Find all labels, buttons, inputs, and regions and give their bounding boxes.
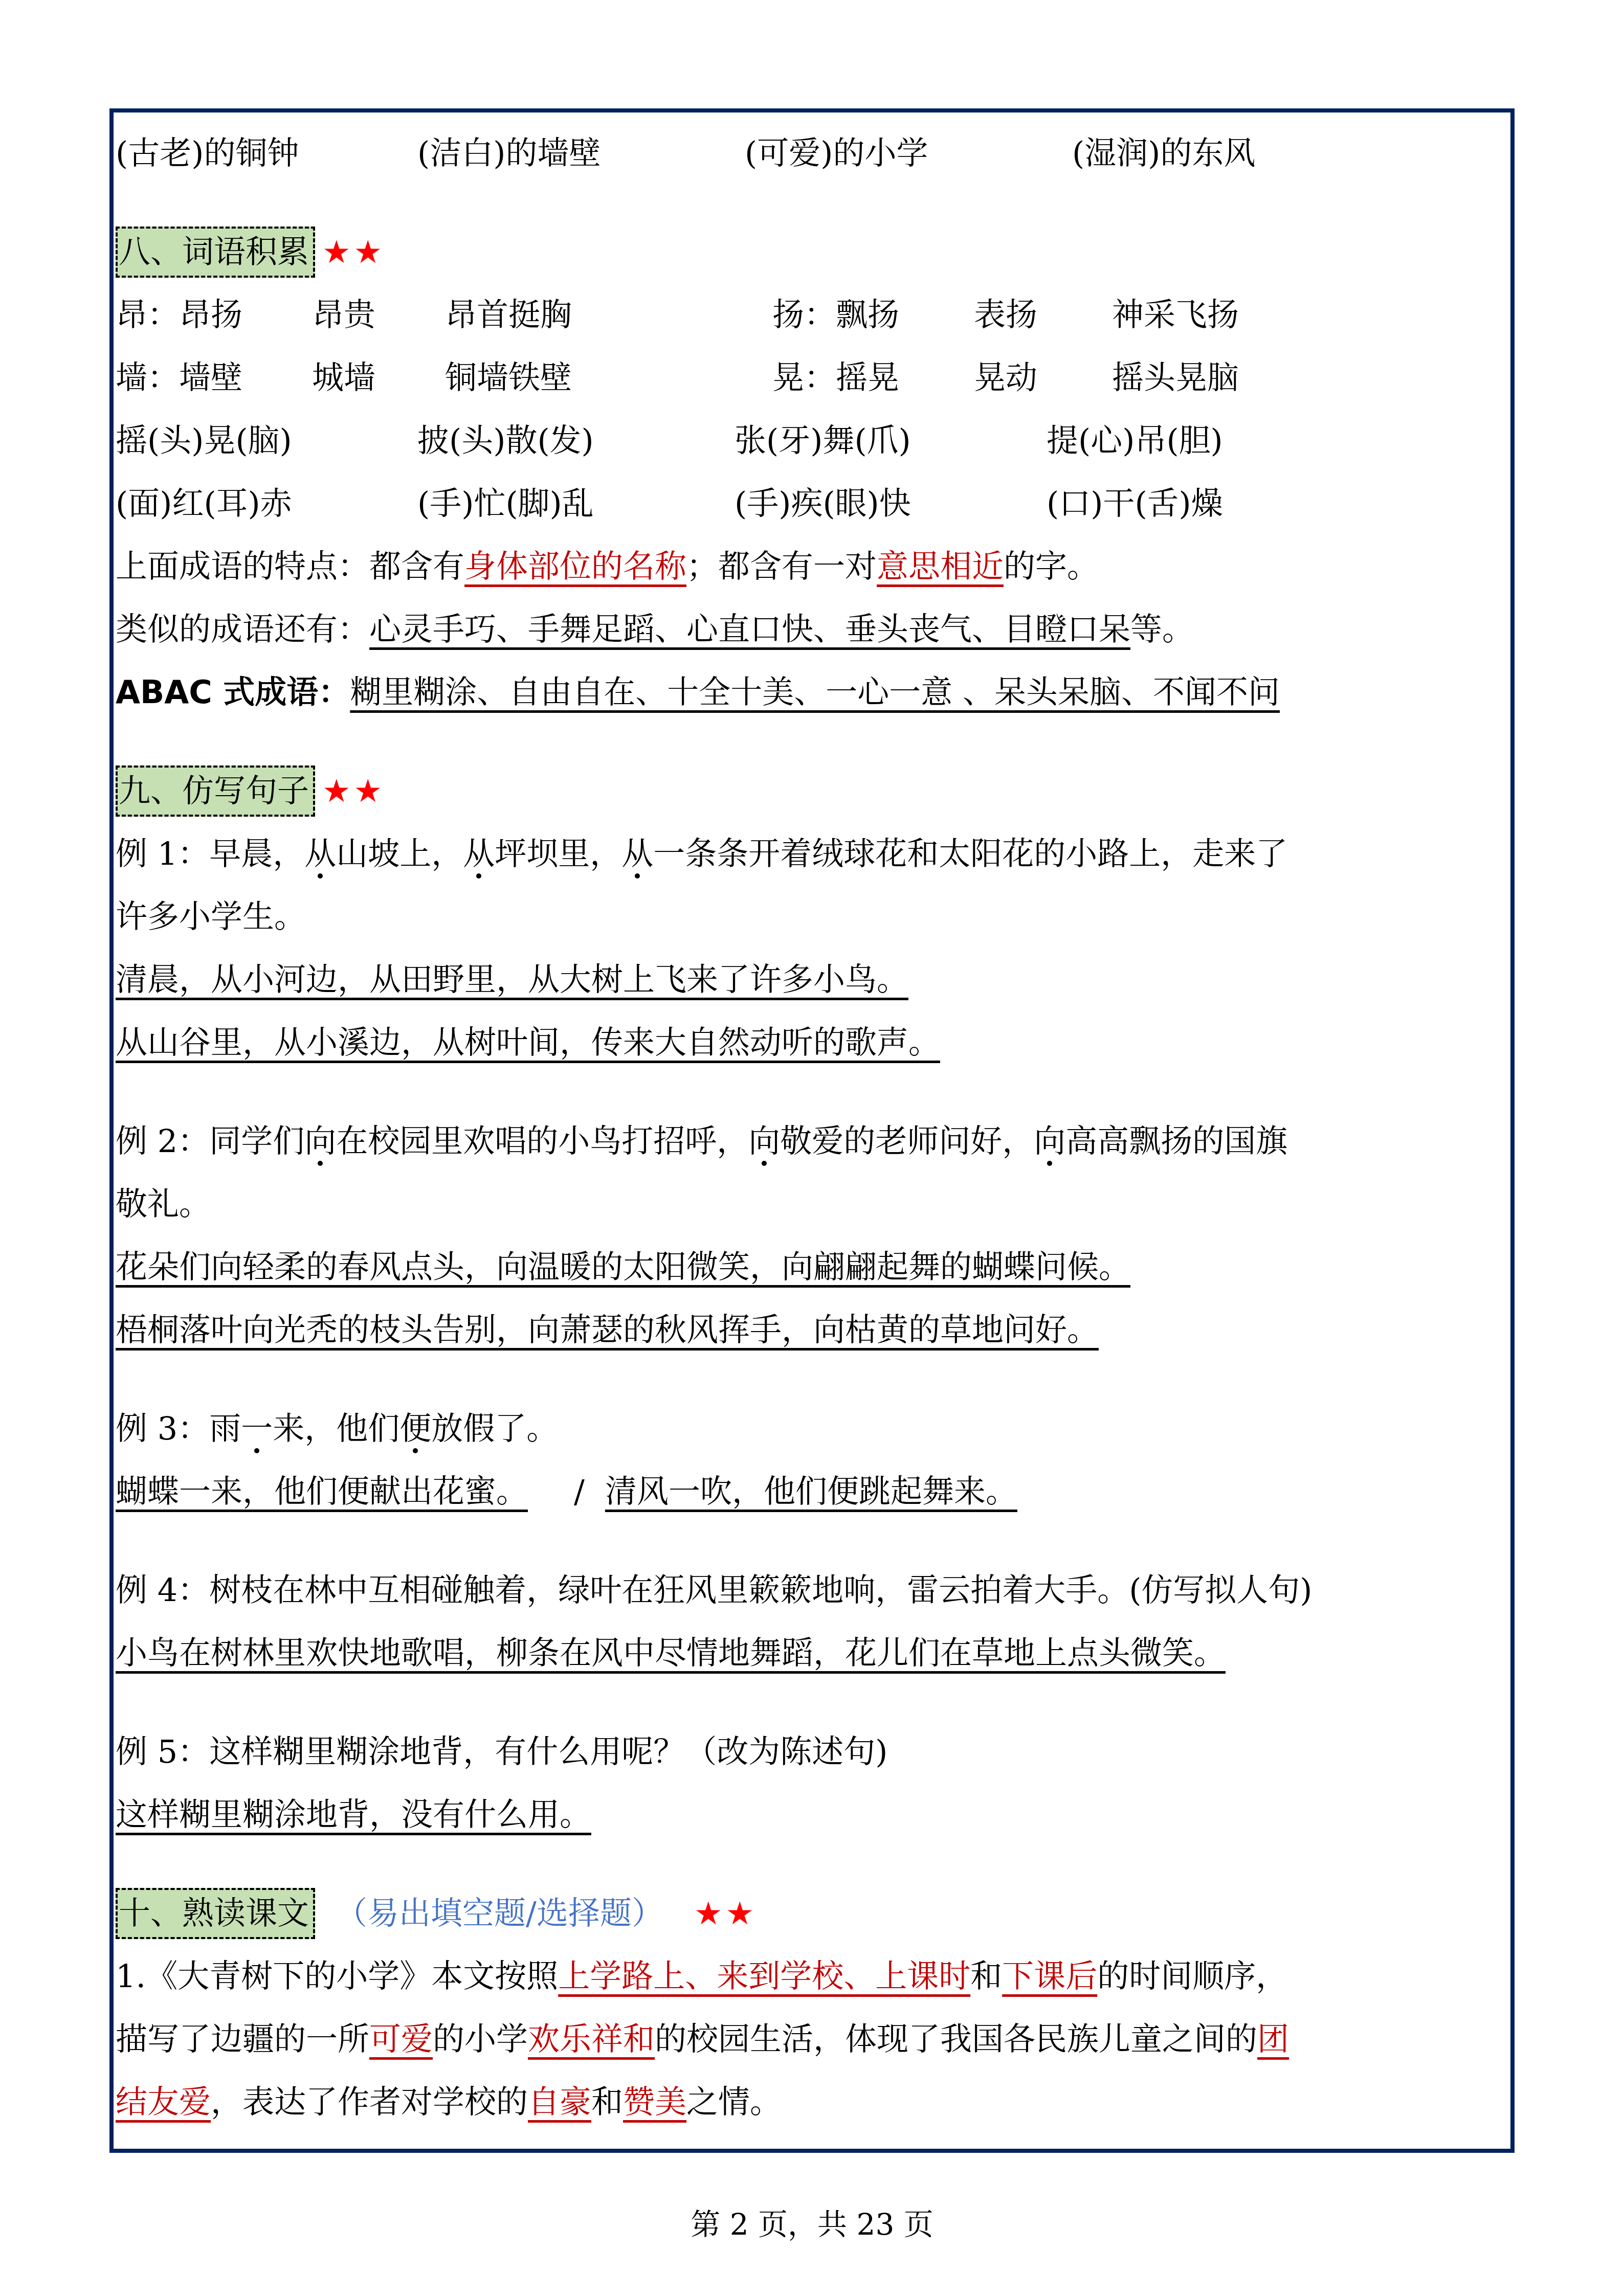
answer-text: 蝴蝶一来，他们便献出花蜜。 <box>116 1473 528 1510</box>
text: 例 1：早晨， <box>116 835 304 872</box>
text: 的时间顺序， <box>1097 1957 1287 1995</box>
text: 例 3：雨 <box>116 1410 241 1447</box>
idiom-row: (面)红(耳)赤 (手)忙(脚)乱 (手)疾(眼)快 (口)干(舌)燥 <box>116 472 1507 535</box>
section-10-heading: 十、熟读课文 （易出填空题/选择题） ★★ <box>116 1882 1507 1945</box>
question-type-hint: （易出填空题/选择题） <box>336 1882 663 1945</box>
text: 放假了。 <box>431 1410 558 1447</box>
phrase: (洁白)的墙壁 <box>417 122 745 185</box>
word: 神采飞扬 <box>1112 283 1239 346</box>
idiom-row: 摇(头)晃(脑) 披(头)散(发) 张(牙)舞(爪) 提(心)吊(胆) <box>116 409 1507 472</box>
feature-answer: 意思相近 <box>877 548 1004 585</box>
word: 城墙 <box>256 346 445 409</box>
similar-answer: 心灵手巧、手舞足蹈、心直口快、垂头丧气、目瞪口呆 <box>369 611 1130 648</box>
answer-text: 自豪 <box>528 2083 591 2121</box>
word: 飘扬 <box>836 283 974 346</box>
star-rating-icon: ★★ <box>694 1882 757 1945</box>
emphasis-char: 从 <box>621 835 653 872</box>
idiom: 张(牙)舞(爪) <box>735 409 1047 472</box>
similar-suffix: 等。 <box>1130 611 1194 648</box>
answer-text: 从山谷里，从小溪边，从树叶间，传来大自然动听的歌声。 <box>116 1024 940 1061</box>
example-3-answer: 蝴蝶一来，他们便献出花蜜。/清风一吹，他们便跳起舞来。 <box>116 1460 1507 1523</box>
word: 摇晃 <box>836 346 974 409</box>
example-1-answer: 清晨，从小河边，从田野里，从大树上飞来了许多小鸟。 <box>116 948 1507 1011</box>
idiom: (手)疾(眼)快 <box>735 472 1047 535</box>
word: 摇头晃脑 <box>1112 346 1239 409</box>
separator: / <box>574 1473 585 1510</box>
answer-text: 赞美 <box>623 2083 686 2121</box>
idiom: (口)干(舌)燥 <box>1047 472 1223 535</box>
word: 昂首挺胸 <box>445 283 772 346</box>
example-2-answer: 梧桐落叶向光秃的枝头告别，向萧瑟的秋风挥手，向枯黄的草地问好。 <box>116 1298 1507 1361</box>
section-label: 十、熟读课文 <box>116 1888 315 1939</box>
text: 和 <box>591 2083 623 2121</box>
text: 来，他们 <box>273 1410 399 1447</box>
similar-label: 类似的成语还有： <box>116 611 369 648</box>
example-1-prompt-cont: 许多小学生。 <box>116 885 1507 948</box>
text: 高高飘扬的国旗 <box>1065 1122 1287 1160</box>
example-1-answer: 从山谷里，从小溪边，从树叶间，传来大自然动听的歌声。 <box>116 1011 1507 1074</box>
phrase: (古老)的铜钟 <box>116 122 417 185</box>
abac-answer: 糊里糊涂、自由自在、十全十美、一心一意 、呆头呆脑、不闻不问 <box>350 673 1280 711</box>
idiom: 提(心)吊(胆) <box>1047 409 1223 472</box>
emphasis-char: 便 <box>399 1410 431 1447</box>
page-number-footer: 第 2 页，共 23 页 <box>0 2204 1624 2245</box>
section-9-heading: 九、仿写句子 ★★ <box>116 759 1507 822</box>
idiom-feature-line: 上面成语的特点：都含有身体部位的名称；都含有一对意思相近的字。 <box>116 535 1507 598</box>
example-5-prompt: 例 5：这样糊里糊涂地背，有什么用呢？（改为陈述句) <box>116 1720 1507 1783</box>
star-rating-icon: ★★ <box>322 220 385 283</box>
text: 的校园生活，体现了我国各民族儿童之间的 <box>655 2020 1257 2058</box>
text: 描写了边疆的一所 <box>116 2020 369 2058</box>
text: 之情。 <box>686 2083 782 2121</box>
example-3-prompt: 例 3：雨一来，他们便放假了。 <box>116 1397 1507 1460</box>
reading-paragraph-line: 描写了边疆的一所可爱的小学欢乐祥和的校园生活，体现了我国各民族儿童之间的团 <box>116 2008 1507 2070</box>
example-1-prompt: 例 1：早晨，从山坡上，从坪坝里，从一条条开着绒球花和太阳花的小路上，走来了 <box>116 822 1507 885</box>
word: 昂扬 <box>179 283 256 346</box>
word: 昂贵 <box>256 283 445 346</box>
word: 墙壁 <box>179 346 256 409</box>
answer-text: 这样糊里糊涂地背，没有什么用。 <box>116 1796 591 1833</box>
answer-text: 结友爱 <box>116 2083 211 2121</box>
emphasis-char: 一 <box>241 1410 273 1447</box>
word: 铜墙铁壁 <box>445 346 772 409</box>
answer-text: 上学路上、来到学校、上课时 <box>558 1957 970 1995</box>
text: 坪坝里， <box>495 835 621 872</box>
text: 在校园里欢唱的小鸟打招呼， <box>336 1122 748 1160</box>
phrase: (湿润)的东风 <box>1072 122 1255 185</box>
text: 敬爱的老师问好， <box>780 1122 1034 1160</box>
idiom: 摇(头)晃(脑) <box>116 409 417 472</box>
word-key: 墙： <box>116 346 179 409</box>
emphasis-char: 向 <box>748 1122 780 1160</box>
reading-paragraph-line: 结友爱，表达了作者对学校的自豪和赞美之情。 <box>116 2070 1507 2133</box>
emphasis-char: 向 <box>304 1122 336 1160</box>
emphasis-char: 从 <box>304 835 336 872</box>
text: 的小学 <box>433 2020 528 2058</box>
text: 一条条开着绒球花和太阳花的小路上，走来了 <box>653 835 1287 872</box>
phrase: (可爱)的小学 <box>745 122 1072 185</box>
word-key: 昂： <box>116 283 179 346</box>
section-label: 八、词语积累 <box>116 227 315 278</box>
word: 表扬 <box>974 283 1112 346</box>
abac-idioms-line: ABAC 式成语：糊里糊涂、自由自在、十全十美、一心一意 、呆头呆脑、不闻不问 <box>116 661 1507 724</box>
feature-text: 的字。 <box>1004 548 1099 585</box>
answer-text: 欢乐祥和 <box>528 2020 655 2058</box>
text: 和 <box>970 1957 1002 1995</box>
word-group-row: 墙： 墙壁 城墙 铜墙铁壁 晃： 摇晃 晃动 摇头晃脑 <box>116 346 1507 409</box>
answer-text: 可爱 <box>369 2020 433 2058</box>
word-key: 晃： <box>772 346 836 409</box>
emphasis-char: 从 <box>463 835 495 872</box>
section-label: 九、仿写句子 <box>116 766 315 817</box>
idiom: 披(头)散(发) <box>417 409 735 472</box>
feature-answer: 身体部位的名称 <box>464 548 686 585</box>
word-key: 扬： <box>772 283 836 346</box>
star-rating-icon: ★★ <box>322 759 385 822</box>
idiom: (手)忙(脚)乱 <box>417 472 735 535</box>
answer-text: 清风一吹，他们便跳起舞来。 <box>605 1473 1017 1510</box>
word-group-row: 昂： 昂扬 昂贵 昂首挺胸 扬： 飘扬 表扬 神采飞扬 <box>116 283 1507 346</box>
emphasis-char: 向 <box>1034 1122 1065 1160</box>
similar-idioms-line: 类似的成语还有：心灵手巧、手舞足蹈、心直口快、垂头丧气、目瞪口呆等。 <box>116 598 1507 661</box>
abac-label: ABAC 式成语： <box>116 673 350 711</box>
example-4-prompt: 例 4：树枝在林中互相碰触着，绿叶在狂风里簌簌地响，雷云拍着大手。(仿写拟人句) <box>116 1559 1507 1622</box>
answer-text: 梧桐落叶向光秃的枝头告别，向萧瑟的秋风挥手，向枯黄的草地问好。 <box>116 1311 1099 1348</box>
answer-text: 团 <box>1257 2020 1289 2058</box>
word: 晃动 <box>974 346 1112 409</box>
example-4-answer: 小鸟在树林里欢快地歌唱，柳条在风中尽情地舞蹈，花儿们在草地上点头微笑。 <box>116 1622 1507 1684</box>
adjective-phrases-row: (古老)的铜钟 (洁白)的墙壁 (可爱)的小学 (湿润)的东风 <box>116 122 1507 185</box>
example-2-prompt: 例 2：同学们向在校园里欢唱的小鸟打招呼，向敬爱的老师问好，向高高飘扬的国旗 <box>116 1110 1507 1173</box>
text: ，表达了作者对学校的 <box>211 2083 528 2121</box>
answer-text: 下课后 <box>1002 1957 1097 1995</box>
example-5-answer: 这样糊里糊涂地背，没有什么用。 <box>116 1783 1507 1846</box>
feature-text: 上面成语的特点：都含有 <box>116 548 464 585</box>
idiom: (面)红(耳)赤 <box>116 472 417 535</box>
feature-text: ；都含有一对 <box>686 548 877 585</box>
answer-text: 清晨，从小河边，从田野里，从大树上飞来了许多小鸟。 <box>116 961 908 998</box>
example-2-answer: 花朵们向轻柔的春风点头，向温暖的太阳微笑，向翩翩起舞的蝴蝶问候。 <box>116 1235 1507 1298</box>
section-8-heading: 八、词语积累 ★★ <box>116 220 1507 283</box>
text: 山坡上， <box>336 835 463 872</box>
reading-paragraph-line: 1.《大青树下的小学》本文按照上学路上、来到学校、上课时和下课后的时间顺序， <box>116 1945 1507 2008</box>
example-2-prompt-cont: 敬礼。 <box>116 1173 1507 1235</box>
page-content: (古老)的铜钟 (洁白)的墙壁 (可爱)的小学 (湿润)的东风 八、词语积累 ★… <box>116 112 1507 2133</box>
answer-text: 花朵们向轻柔的春风点头，向温暖的太阳微笑，向翩翩起舞的蝴蝶问候。 <box>116 1248 1130 1286</box>
text: 例 2：同学们 <box>116 1122 304 1160</box>
text: 1.《大青树下的小学》本文按照 <box>116 1957 558 1995</box>
answer-text: 小鸟在树林里欢快地歌唱，柳条在风中尽情地舞蹈，花儿们在草地上点头微笑。 <box>116 1634 1226 1672</box>
